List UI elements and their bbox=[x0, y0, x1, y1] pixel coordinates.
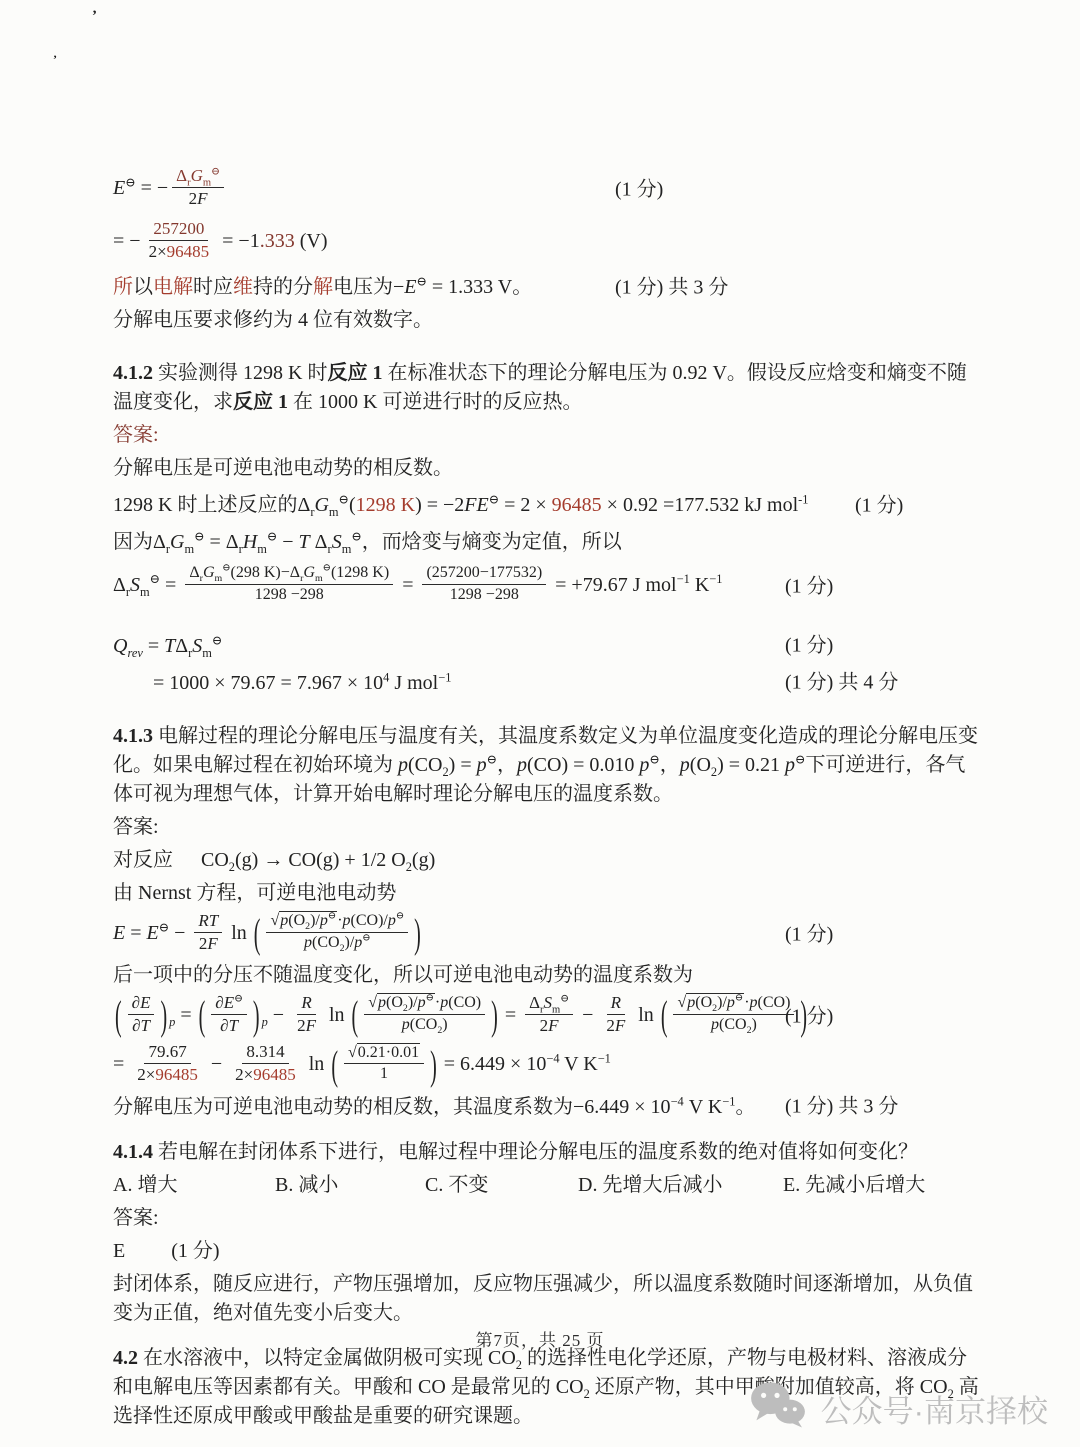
p-because-line: 因为ΔrGm⊖ = ΔrHm⊖ − T ΔrSm⊖，而焓变与熵变为定值，所以 bbox=[113, 528, 993, 557]
watermark-text: 公众号·南京择校 bbox=[821, 1386, 1048, 1431]
answer-label-4-1-3-text: 答案: bbox=[113, 813, 981, 842]
score-label: (1 分) bbox=[785, 920, 833, 949]
answer-label-4-1-2-text: 答案: bbox=[113, 421, 981, 450]
p-conclusion-voltage-text: 所以电解时应维持的分解电压为−E⊖ = 1.333 V。 bbox=[113, 273, 981, 302]
scan-artifact-mark: ’ bbox=[53, 52, 57, 67]
answer-label-4-1-2: 答案: bbox=[113, 421, 993, 450]
eq-temp-coefficient-text: (∂E∂T)p = (∂E⊖∂T)p − R2F ln (√p(O2)/p⊖·p… bbox=[113, 994, 981, 1039]
p-explanation-4-1-4: 封闭体系，随反应进行，产物压强增加，反应物压强减少，所以温度系数随时间逐渐增加，… bbox=[113, 1270, 993, 1328]
p-partial-pressure-note-text: 后一项中的分压不随温度变化，所以可逆电池电动势的温度系数为 bbox=[113, 961, 981, 990]
eq-entropy-text: ΔrSm⊖ = ΔrGm⊖(298 K)−ΔrGm⊖(1298 K)1298 −… bbox=[113, 565, 981, 608]
p-answer-4-1-4-text: E(1 分) bbox=[113, 1237, 981, 1266]
p-answer-4-1-2-intro-text: 分解电压是可逆电池电动势的相反数。 bbox=[113, 454, 981, 483]
score-label: (1 分) 共 3 分 bbox=[785, 1093, 898, 1122]
score-label: (1 分) bbox=[785, 1002, 833, 1031]
watermark: 公众号·南京择校 bbox=[749, 1380, 1048, 1436]
eq-nernst-text: E = E⊖ − RT2F ln (√p(O2)/p⊖·p(CO)/p⊖p(CO… bbox=[113, 912, 981, 957]
page: ’ ’ E⊖ = −ΔrGm⊖2F(1 分)= −2572002×96485 =… bbox=[0, 0, 1080, 1447]
heading-question-4-1-4: 4.1.4 若电解在封闭体系下进行，电解过程中理论分解电压的温度系数的绝对值将如… bbox=[113, 1138, 993, 1167]
eq-nernst: E = E⊖ − RT2F ln (√p(O2)/p⊖·p(CO)/p⊖p(CO… bbox=[113, 912, 993, 957]
p-reaction-line: 对反应CO2(g) → CO(g) + 1/2 O2(g) bbox=[113, 846, 993, 875]
p-answer-4-1-2-intro: 分解电压是可逆电池电动势的相反数。 bbox=[113, 454, 993, 483]
eq-decomposition-e-standard-text: E⊖ = −ΔrGm⊖2F bbox=[113, 167, 981, 212]
eq-qrev-value: = 1000 × 79.67 = 7.967 × 104 J mol−1(1 分… bbox=[113, 669, 993, 698]
p-conclusion-voltage: 所以电解时应维持的分解电压为−E⊖ = 1.333 V。(1 分) 共 3 分 bbox=[113, 273, 993, 302]
p-reaction-line-text: 对反应CO2(g) → CO(g) + 1/2 O2(g) bbox=[113, 846, 981, 875]
answer-label-4-1-4-text: 答案: bbox=[113, 1204, 981, 1233]
eq-decomposition-e-value-text: = −2572002×96485 = −1.333 (V) bbox=[113, 220, 981, 265]
eq-decomposition-e-standard: E⊖ = −ΔrGm⊖2F(1 分) bbox=[113, 167, 993, 212]
score-label: (1 分) 共 4 分 bbox=[785, 669, 898, 698]
wechat-icon bbox=[749, 1380, 807, 1436]
answer-label-4-1-4: 答案: bbox=[113, 1204, 993, 1233]
document-body: E⊖ = −ΔrGm⊖2F(1 分)= −2572002×96485 = −1.… bbox=[113, 163, 993, 1431]
score-label: (1 分) bbox=[615, 175, 663, 204]
eq-temp-coefficient-value: = 79.672×96485 − 8.3142×96485 ln (√0.21·… bbox=[113, 1043, 993, 1088]
p-explanation-4-1-4-text: 封闭体系，随反应进行，产物压强增加，反应物压强减少，所以温度系数随时间逐渐增加，… bbox=[113, 1270, 981, 1328]
scan-artifact-mark: ’ bbox=[92, 8, 97, 25]
heading-question-4-1-2-text: 4.1.2 实验测得 1298 K 时反应 1 在标准状态下的理论分解电压为 0… bbox=[113, 359, 981, 417]
score-label: (1 分) bbox=[785, 572, 833, 601]
p-rounding-note: 分解电压要求修约为 4 位有效数字。 bbox=[113, 306, 993, 335]
score-label: (1 分) bbox=[785, 632, 833, 661]
heading-question-4-1-4-text: 4.1.4 若电解在封闭体系下进行，电解过程中理论分解电压的温度系数的绝对值将如… bbox=[113, 1138, 981, 1167]
p-partial-pressure-note: 后一项中的分压不随温度变化，所以可逆电池电动势的温度系数为 bbox=[113, 961, 993, 990]
answer-label-4-1-3: 答案: bbox=[113, 813, 993, 842]
eq-gibbs-1298: 1298 K 时上述反应的ΔrGm⊖(1298 K) = −2FE⊖ = 2 ×… bbox=[113, 491, 993, 520]
footer-page-number: 第7页，共 25 页 bbox=[0, 1326, 1080, 1351]
p-rounding-note-text: 分解电压要求修约为 4 位有效数字。 bbox=[113, 306, 981, 335]
heading-question-4-1-3-text: 4.1.3 电解过程的理论分解电压与温度有关，其温度系数定义为单位温度变化造成的… bbox=[113, 722, 981, 809]
score-label: (1 分) bbox=[855, 491, 903, 520]
eq-temp-coefficient-value-text: = 79.672×96485 − 8.3142×96485 ln (√0.21·… bbox=[113, 1043, 981, 1088]
eq-qrev-text: Qrev = TΔrSm⊖ bbox=[113, 632, 981, 661]
eq-qrev: Qrev = TΔrSm⊖(1 分) bbox=[113, 632, 993, 661]
p-options-4-1-4-text: A. 增大B. 减小C. 不变D. 先增大后减小E. 先减小后增大 bbox=[113, 1171, 981, 1200]
p-answer-4-1-4: E(1 分) bbox=[113, 1237, 993, 1266]
heading-question-4-1-2: 4.1.2 实验测得 1298 K 时反应 1 在标准状态下的理论分解电压为 0… bbox=[113, 359, 993, 417]
p-nernst-line-text: 由 Nernst 方程，可逆电池电动势 bbox=[113, 879, 981, 908]
p-nernst-line: 由 Nernst 方程，可逆电池电动势 bbox=[113, 879, 993, 908]
eq-decomposition-e-value: = −2572002×96485 = −1.333 (V) bbox=[113, 220, 993, 265]
score-label: (1 分) 共 3 分 bbox=[615, 273, 728, 302]
heading-question-4-1-3: 4.1.3 电解过程的理论分解电压与温度有关，其温度系数定义为单位温度变化造成的… bbox=[113, 722, 993, 809]
p-because-line-text: 因为ΔrGm⊖ = ΔrHm⊖ − T ΔrSm⊖，而焓变与熵变为定值，所以 bbox=[113, 528, 981, 557]
p-options-4-1-4: A. 增大B. 减小C. 不变D. 先增大后减小E. 先减小后增大 bbox=[113, 1171, 993, 1200]
eq-entropy: ΔrSm⊖ = ΔrGm⊖(298 K)−ΔrGm⊖(1298 K)1298 −… bbox=[113, 565, 993, 608]
p-conclusion-4-1-3: 分解电压为可逆电池电动势的相反数，其温度系数为−6.449 × 10−4 V K… bbox=[113, 1093, 993, 1122]
eq-gibbs-1298-text: 1298 K 时上述反应的ΔrGm⊖(1298 K) = −2FE⊖ = 2 ×… bbox=[113, 491, 981, 520]
eq-temp-coefficient: (∂E∂T)p = (∂E⊖∂T)p − R2F ln (√p(O2)/p⊖·p… bbox=[113, 994, 993, 1039]
